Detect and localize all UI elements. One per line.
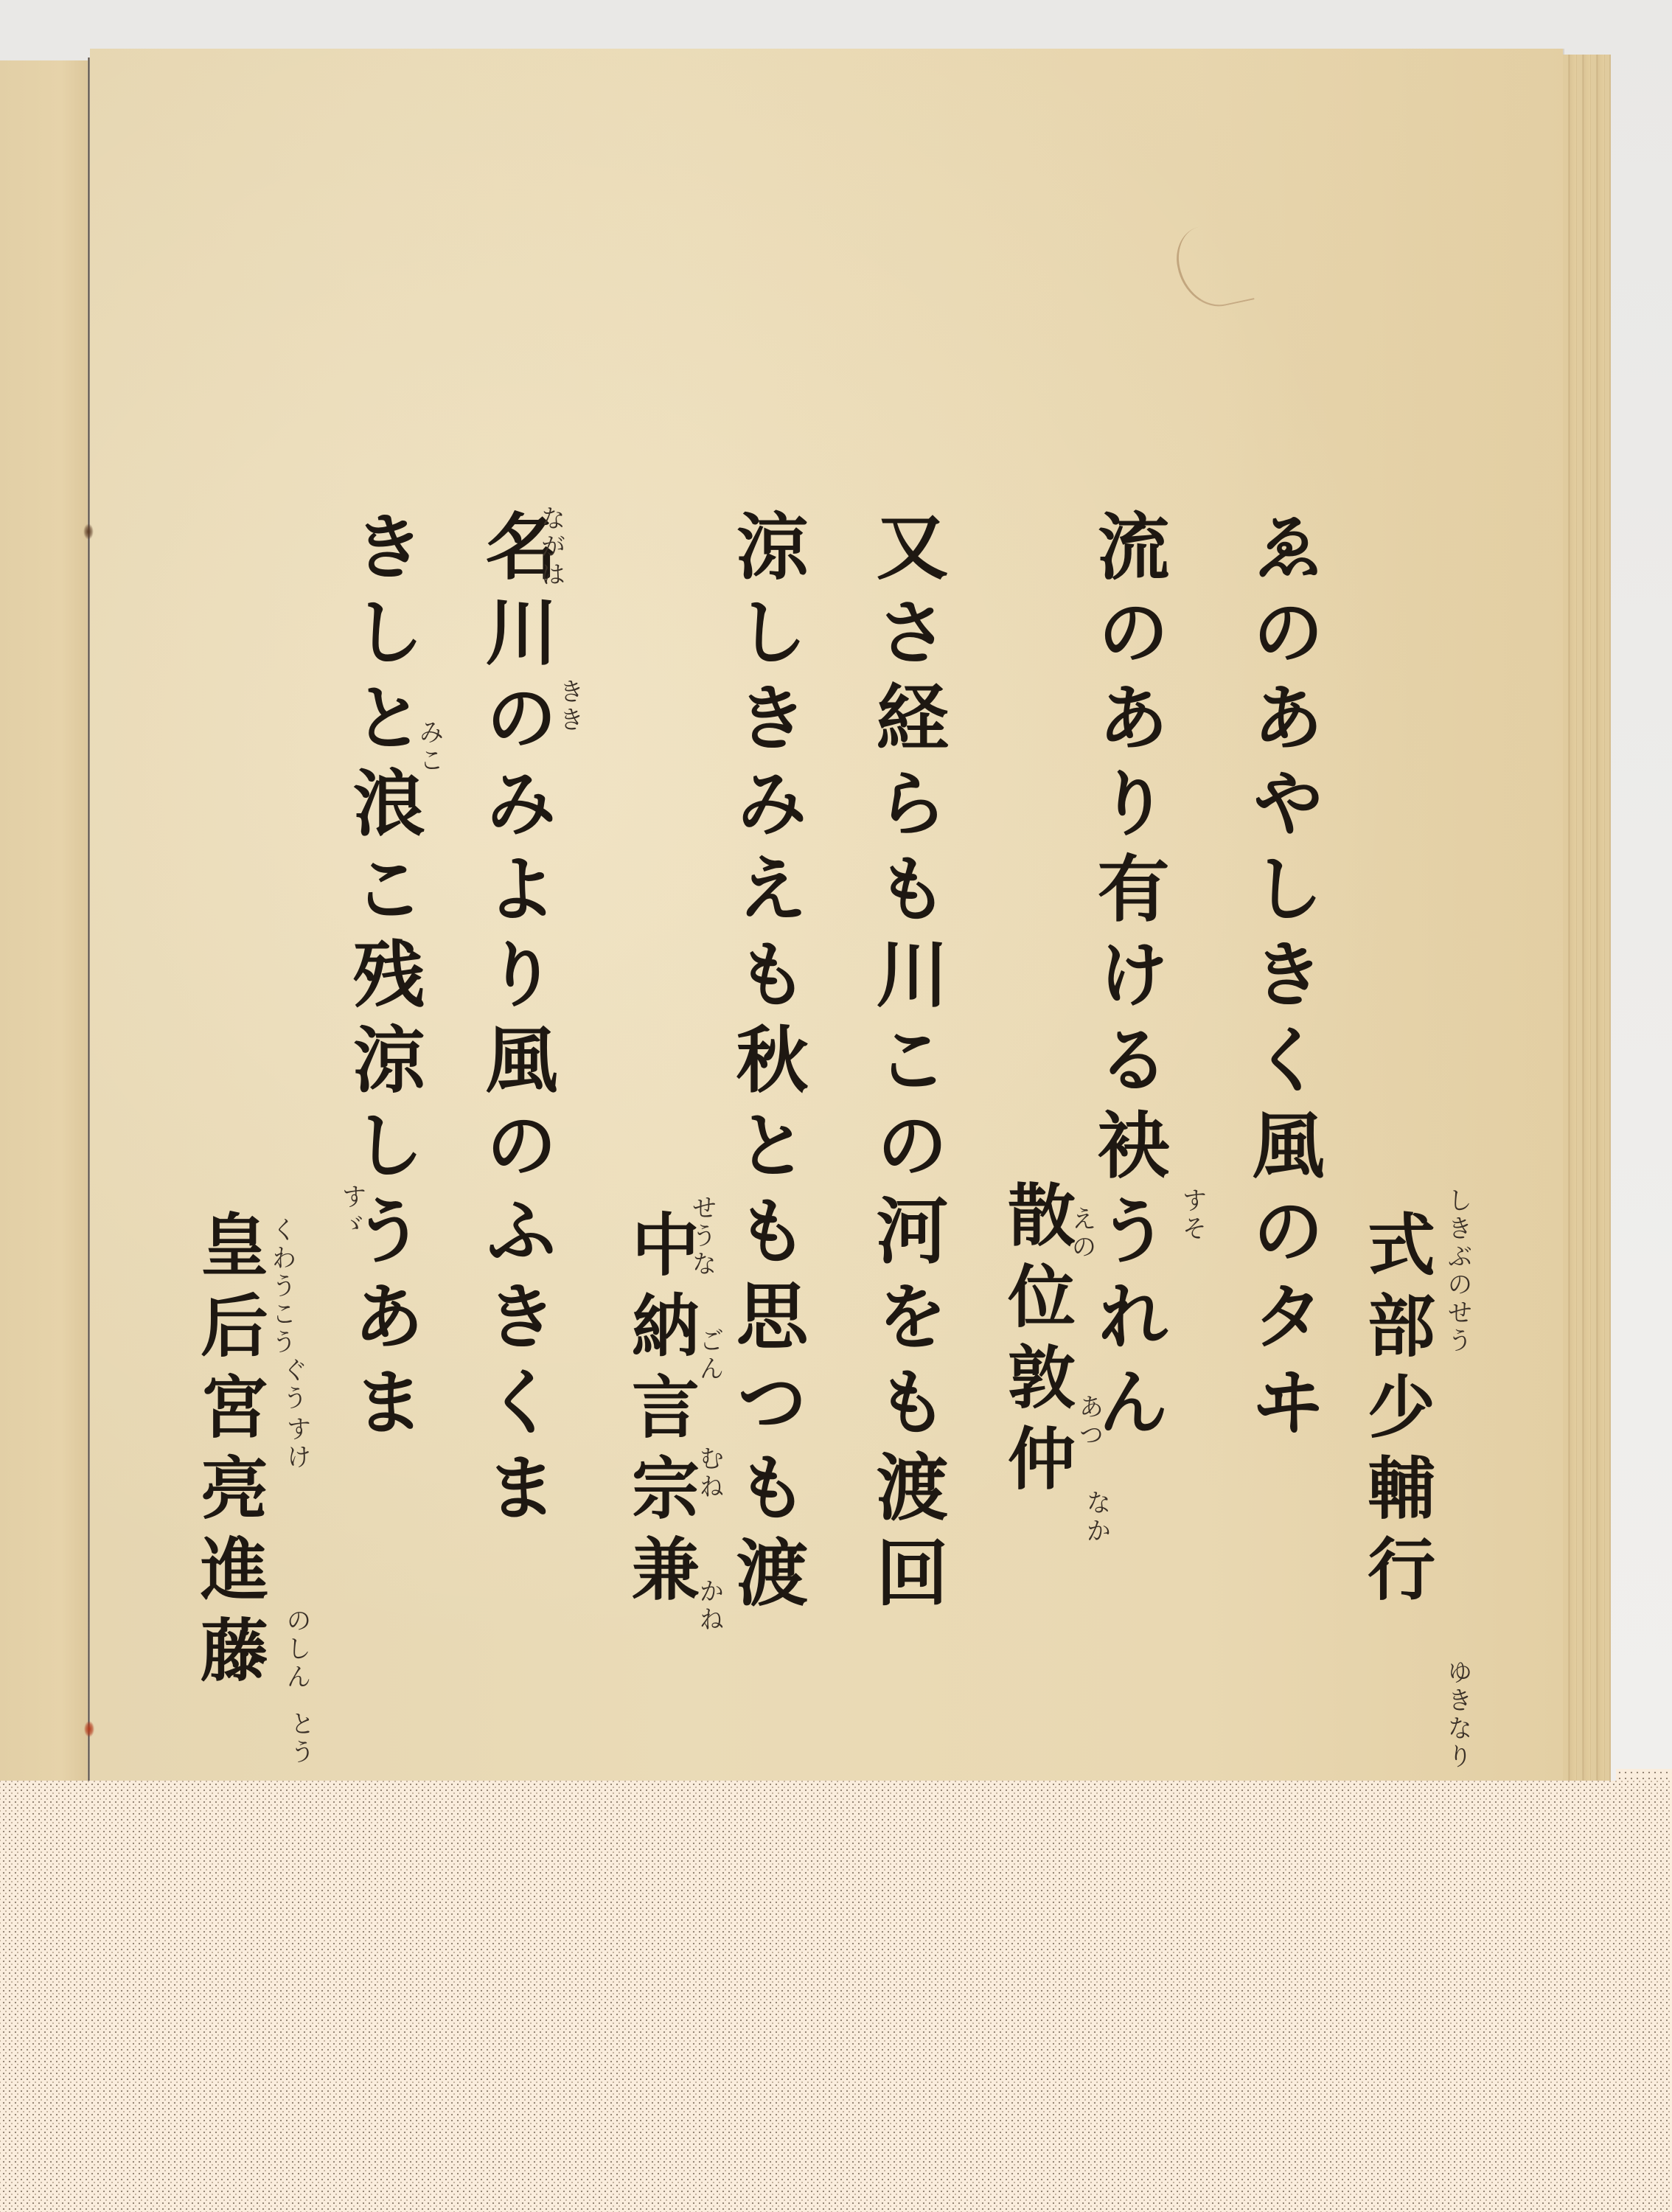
furigana: すゞ — [339, 1183, 364, 1239]
binding-hole-mark — [83, 524, 94, 540]
text-column-poem-2b: 涼しきみえも秋とも思つも渡 — [730, 509, 802, 1621]
furigana: すけ — [284, 1416, 309, 1472]
furigana: すそ — [1180, 1187, 1205, 1243]
furigana: むね — [697, 1445, 722, 1501]
furigana: きき — [557, 678, 582, 734]
furigana: しきぶのせう — [1445, 1187, 1470, 1355]
furigana: なか — [1084, 1489, 1109, 1545]
furigana: みこ — [417, 719, 442, 775]
red-binding-mark — [84, 1721, 94, 1737]
furigana: とう — [288, 1711, 313, 1767]
left-page-edge — [0, 60, 88, 1830]
furigana: くわうこう — [269, 1217, 294, 1357]
stacked-page-edges — [1563, 55, 1611, 1824]
manuscript-page — [90, 49, 1563, 1818]
dotted-mask-overlay — [0, 1781, 1672, 2212]
text-column-author-2: 散位敦仲 — [1003, 1180, 1070, 1504]
furigana: ゆきなり — [1445, 1659, 1470, 1771]
text-column-poem-3b: きしと浪こ残涼しうあま — [346, 509, 419, 1450]
text-column-poem-1a: ゑのあやしきく風のタヰ — [1246, 509, 1318, 1450]
text-column-author-1: 式部少輔行 — [1362, 1209, 1430, 1615]
text-column-poem-3a: 名川のみより風のふきくま — [479, 509, 551, 1535]
furigana: えの — [1069, 1206, 1094, 1262]
text-column-author-4: 皇后宮亮進藤 — [195, 1209, 263, 1696]
binding-gutter — [88, 58, 90, 1827]
text-column-author-3: 中納言宗兼 — [627, 1209, 694, 1615]
text-column-poem-1b: 流のあり有ける袂うれん — [1091, 509, 1163, 1450]
furigana: ぐう — [280, 1357, 305, 1413]
furigana: せうな — [689, 1194, 714, 1279]
furigana: ごん — [697, 1327, 722, 1383]
furigana: あつ — [1076, 1394, 1101, 1450]
furigana: かね — [697, 1578, 722, 1634]
text-column-poem-2a: 又さ経らも川この河をも渡回 — [870, 509, 942, 1621]
furigana: ながは — [538, 505, 563, 589]
furigana: のしん — [284, 1607, 309, 1691]
